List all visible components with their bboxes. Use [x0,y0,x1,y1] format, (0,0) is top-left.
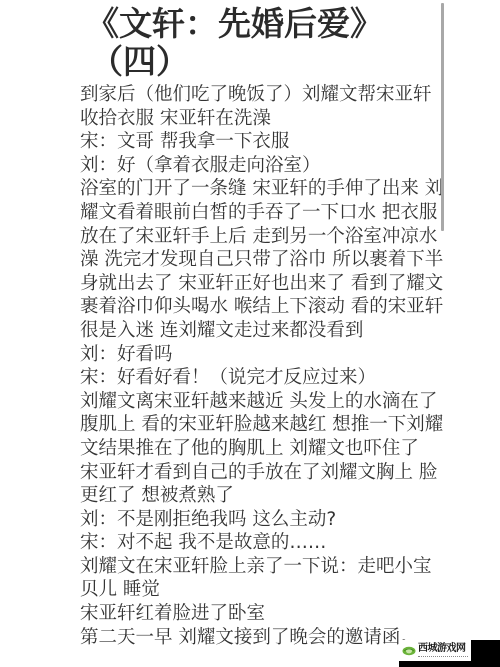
text-line: 文结果推在了他的胸肌上 刘耀文也吓住了 [80,437,425,461]
text-line: 腹肌上 看的宋亚轩脸越来越红 想推一下刘耀 [80,413,425,437]
leaf-logo-icon [402,646,416,656]
text-line: 浴室的门开了一条缝 宋亚轩的手伸了出来 刘 [80,177,425,201]
text-line: 很是入迷 连刘耀文走过来都没看到 [80,319,425,343]
text-line: 刘耀文在宋亚轩脸上亲了一下说：走吧小宝 [80,555,425,579]
text-line: 刘：不是刚拒绝我吗 这么主动? [80,508,425,532]
text-line: 宋：文哥 帮我拿一下衣服 [80,130,425,154]
vertical-scrollbar[interactable] [441,3,444,231]
document-title: 《文轩：先婚后爱》 [86,4,383,44]
text-line: 更红了 想被煮熟了 [80,484,425,508]
text-line: 宋：对不起 我不是故意的…… [80,531,425,555]
text-line: 刘：好（拿着衣服走向浴室） [80,154,425,178]
text-line: 收拾衣服 宋亚轩在洗澡 [80,107,425,131]
text-line: 放在了宋亚轩手上后 走到另一个浴室冲凉水 [80,225,425,249]
document-chapter-number: （四） [90,42,189,82]
text-line: 澡 洗完才发现自己只带了浴巾 所以裹着下半 [80,248,425,272]
text-line: 刘：好看吗 [80,343,425,367]
text-line: 第二天一早 刘耀文接到了晚会的邀请函。 [80,626,425,650]
text-line: 裹着浴巾仰头喝水 喉结上下滚动 看的宋亚轩 [80,295,425,319]
text-line: 宋亚轩才看到自己的手放在了刘耀文胸上 脸 [80,461,425,485]
text-line: 宋亚轩红着脸进了卧室 [80,602,425,626]
bottom-black-fill [399,661,500,667]
text-line: 宋：好看好看！（说完才反应过来） [80,366,425,390]
text-line: 耀文看着眼前白皙的手吞了一下口水 把衣服 [80,201,425,225]
watermark: 西城游戏网 [399,640,471,661]
text-line: 贝儿 睡觉 [80,578,425,602]
watermark-url-strip [418,656,468,658]
watermark-site-name: 西城游戏网 [418,644,468,654]
document-page: 《文轩：先婚后爱》 （四） 到家后（他们吃了晚饭了）刘耀文帮宋亚轩 收拾衣服 宋… [0,0,500,667]
text-line: 到家后（他们吃了晚饭了）刘耀文帮宋亚轩 [80,83,425,107]
text-line: 刘耀文离宋亚轩越来越近 头发上的水滴在了 [80,390,425,414]
text-line: 身就出去了 宋亚轩正好也出来了 看到了耀文 [80,272,425,296]
document-body: 到家后（他们吃了晚饭了）刘耀文帮宋亚轩 收拾衣服 宋亚轩在洗澡 宋：文哥 帮我拿… [80,83,425,649]
